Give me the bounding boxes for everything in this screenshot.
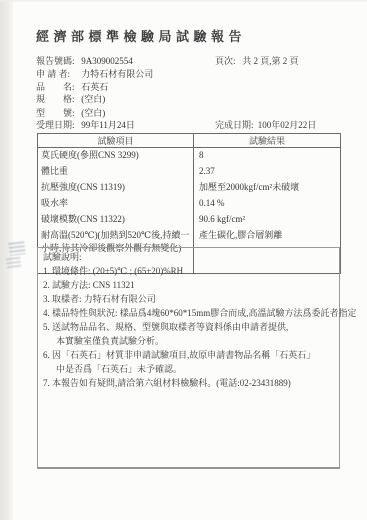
notes-title: 試驗說明: xyxy=(38,250,339,264)
test-result-cell: 2.37 xyxy=(194,164,341,180)
scanned-report-page: 經濟部標準檢驗局試驗報告 報告號碼: 9A309002554 頁次: 共 2 頁… xyxy=(0,0,367,520)
note-line-3: 3. 取樣者: 力特石材有限公司 xyxy=(38,292,339,306)
table-row: 吸水率 0.14 % xyxy=(38,196,341,212)
seal-stamp-icon xyxy=(2,238,34,275)
table-row: 莫氏硬度(參照CNS 3299) 8 xyxy=(38,148,341,165)
accept-date-value: 99年11月24日 xyxy=(81,120,135,130)
seal-stamp-fragment xyxy=(6,257,21,271)
report-number-value: 9A309002554 xyxy=(81,56,133,66)
report-number-label: 報告號碼: xyxy=(36,56,79,67)
complete-date-row: 完成日期: 100年02月22日 xyxy=(215,120,316,131)
model-label: 型 號: xyxy=(36,108,79,119)
model-value: (空白) xyxy=(81,108,105,118)
table-row: 體比重 2.37 xyxy=(38,164,341,180)
table-header-row: 試驗項目 試驗結果 xyxy=(38,134,341,148)
note-line-4: 4. 樣品特性與狀況: 樣品爲4塊60*60*15mm膠合而成,高溫試驗方法爲委… xyxy=(38,306,339,320)
product-name-value: 石英石 xyxy=(81,82,108,92)
spec-label: 規 格: xyxy=(36,94,79,105)
report-number-row: 報告號碼: 9A309002554 xyxy=(36,56,133,67)
report-title: 經濟部標準檢驗局試驗報告 xyxy=(36,26,246,45)
complete-date-label: 完成日期: xyxy=(215,120,254,131)
test-item-cell: 吸水率 xyxy=(38,196,194,212)
note-line-5: 5. 送試物品品名、規格、型號與取樣者等資料係由申請者提供, xyxy=(38,320,339,334)
spec-row: 規 格: (空白) xyxy=(36,94,105,105)
note-line-6: 6. 因「石英石」材質非申請試驗項目,故原申請書物品名稱「石英石」 xyxy=(38,348,339,362)
test-result-cell: 加壓至2000kgf/cm²未破壞 xyxy=(194,180,341,196)
note-line-2: 2. 試驗方法: CNS 11321 xyxy=(38,278,339,292)
spec-value: (空白) xyxy=(81,94,105,104)
page-info-value: 共 2 頁,第 2 頁 xyxy=(242,56,298,66)
complete-date-value: 100年02月22日 xyxy=(258,120,317,130)
test-item-cell: 體比重 xyxy=(38,164,194,180)
accept-date-row: 受理日期: 99年11月24日 xyxy=(36,120,135,131)
product-name-label: 品 名: xyxy=(36,82,79,93)
page-info-row: 頁次: 共 2 頁,第 2 頁 xyxy=(215,56,299,67)
test-item-cell: 莫氏硬度(參照CNS 3299) xyxy=(38,148,194,165)
applicant-label: 申 請 者: xyxy=(36,69,79,80)
seal-stamp-fragment xyxy=(8,241,25,256)
test-item-cell: 抗壓強度(CNS 11319) xyxy=(38,180,194,196)
note-line-5-continued: 本實驗室僅負責試驗分析。 xyxy=(38,334,339,348)
test-result-cell: 0.14 % xyxy=(194,196,341,212)
note-line-7: 7. 本報告如有疑問,請洽第六組材料檢驗科。(電話:02-23431889) xyxy=(38,376,339,390)
test-notes-box: 試驗說明: 1. 環境條件: (20±5)℃ ; (65±20)%RH 2. 試… xyxy=(37,247,340,469)
note-line-1: 1. 環境條件: (20±5)℃ ; (65±20)%RH xyxy=(38,264,339,278)
table-row: 抗壓強度(CNS 11319) 加壓至2000kgf/cm²未破壞 xyxy=(38,180,341,196)
note-line-6-continued: 中是否爲「石英石」未予確認。 xyxy=(38,362,339,376)
model-row: 型 號: (空白) xyxy=(36,108,105,119)
applicant-value: 力特石材有限公司 xyxy=(81,69,153,79)
column-header-test-item: 試驗項目 xyxy=(38,134,194,148)
table-row: 破壞模數(CNS 11322) 90.6 kgf/cm² xyxy=(38,212,341,228)
column-header-test-result: 試驗結果 xyxy=(194,134,341,148)
accept-date-label: 受理日期: xyxy=(36,120,79,131)
scan-edge-top-shading xyxy=(0,0,367,3)
page-info-label: 頁次: xyxy=(215,56,240,67)
test-result-cell: 90.6 kgf/cm² xyxy=(194,212,341,228)
test-item-cell: 破壞模數(CNS 11322) xyxy=(38,212,194,228)
test-result-cell: 8 xyxy=(194,148,341,165)
applicant-row: 申 請 者: 力特石材有限公司 xyxy=(36,69,153,80)
product-name-row: 品 名: 石英石 xyxy=(36,82,108,93)
